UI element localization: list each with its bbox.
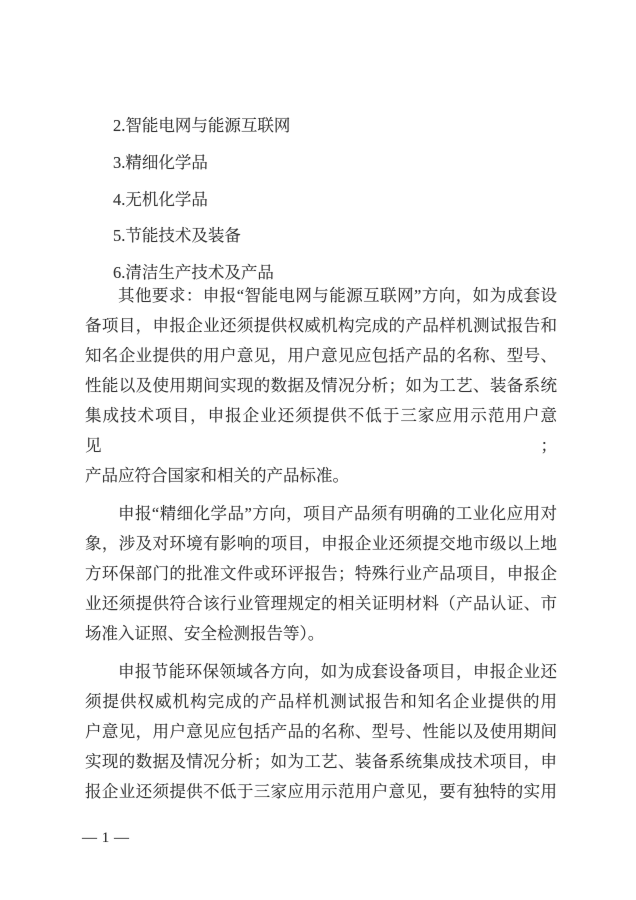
- text-line: 申报节能环保领域各方向，如为成套设备项目，申报企业还: [85, 657, 557, 687]
- list-item: 2.智能电网与能源互联网: [85, 108, 557, 145]
- text-line: 备项目，申报企业还须提供权威机构完成的产品样机测试报告和: [85, 311, 557, 341]
- text-line: 其他要求：申报“智能电网与能源互联网”方向，如为成套设: [85, 281, 557, 311]
- paragraph: 其他要求：申报“智能电网与能源互联网”方向，如为成套设备项目，申报企业还须提供权…: [85, 281, 557, 491]
- page-content: 2.智能电网与能源互联网3.精细化学品4.无机化学品5.节能技术及装备6.清洁生…: [85, 108, 557, 807]
- page-number-footer: — 1 —: [82, 830, 130, 847]
- text-line: 产品应符合国家和相关的产品标准。: [85, 461, 557, 491]
- text-line: 申报“精细化学品”方向，项目产品须有明确的工业化应用对: [85, 499, 557, 529]
- text-line: 实现的数据及情况分析；如为工艺、装备系统集成技术项目，申: [85, 747, 557, 777]
- text-line: 象，涉及对环境有影响的项目，申报企业还须提交地市级以上地: [85, 529, 557, 559]
- numbered-list: 2.智能电网与能源互联网3.精细化学品4.无机化学品5.节能技术及装备6.清洁生…: [85, 108, 557, 292]
- list-item: 4.无机化学品: [85, 182, 557, 219]
- text-line: 须提供权威机构完成的产品样机测试报告和知名企业提供的用: [85, 687, 557, 717]
- paragraph: 申报节能环保领域各方向，如为成套设备项目，申报企业还须提供权威机构完成的产品样机…: [85, 657, 557, 807]
- body-paragraphs: 其他要求：申报“智能电网与能源互联网”方向，如为成套设备项目，申报企业还须提供权…: [85, 281, 557, 807]
- text-line: 知名企业提供的用户意见，用户意见应包括产品的名称、型号、: [85, 341, 557, 371]
- text-line: 集成技术项目，申报企业还须提供不低于三家应用示范用户意见；: [85, 401, 557, 461]
- text-line: 报企业还须提供不低于三家应用示范用户意见，要有独特的实用: [85, 777, 557, 807]
- text-line: 性能以及使用期间实现的数据及情况分析；如为工艺、装备系统: [85, 371, 557, 401]
- text-line: 方环保部门的批准文件或环评报告；特殊行业产品项目，申报企: [85, 559, 557, 589]
- text-line: 业还须提供符合该行业管理规定的相关证明材料（产品认证、市: [85, 589, 557, 619]
- list-item: 3.精细化学品: [85, 145, 557, 182]
- list-item: 5.节能技术及装备: [85, 218, 557, 255]
- text-line: 户意见，用户意见应包括产品的名称、型号、性能以及使用期间: [85, 717, 557, 747]
- document-page: 2.智能电网与能源互联网3.精细化学品4.无机化学品5.节能技术及装备6.清洁生…: [0, 0, 636, 900]
- paragraph: 申报“精细化学品”方向，项目产品须有明确的工业化应用对象，涉及对环境有影响的项目…: [85, 499, 557, 649]
- text-line: 场准入证照、安全检测报告等）。: [85, 619, 557, 649]
